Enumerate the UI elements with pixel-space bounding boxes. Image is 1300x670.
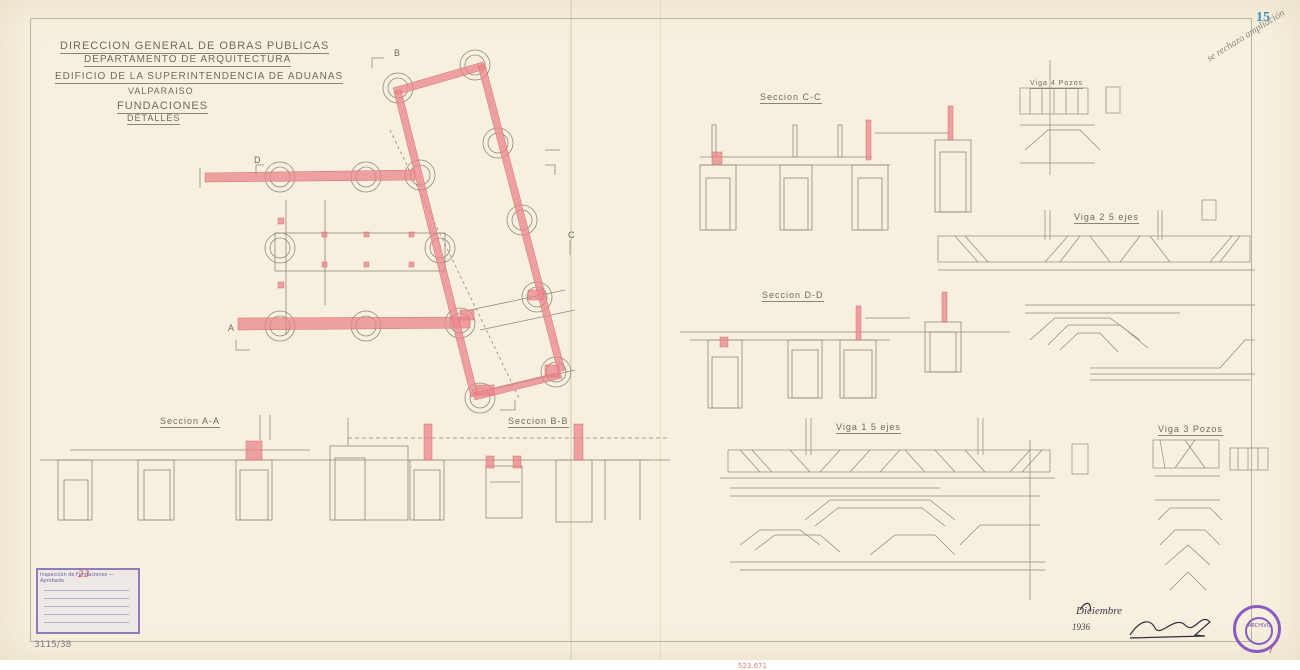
- viga-4-detail: [1020, 60, 1120, 175]
- corner-mark: 7: [1268, 646, 1273, 655]
- bottom-code: 523.671: [738, 662, 767, 670]
- drawing-linework: [0, 0, 1300, 660]
- section-cc: [700, 125, 971, 230]
- red-beams-plan: [205, 62, 565, 400]
- red-beams-dd: [720, 292, 947, 347]
- signature-name: Diciembre: [1076, 605, 1122, 617]
- signature-date: 1936: [1072, 622, 1090, 632]
- archive-seal: ARCHIVO: [1233, 605, 1281, 653]
- viga-2-detail: [938, 200, 1255, 380]
- drawing-sheet: DIRECCION GENERAL DE OBRAS PUBLICAS DEPA…: [0, 0, 1300, 660]
- red-beams-cc: [712, 106, 953, 164]
- stamp-code: 3115/38: [34, 640, 71, 650]
- stamp-handwritten: 23: [78, 570, 89, 580]
- section-dd: [680, 318, 1010, 408]
- red-beams-sections-ab: [246, 424, 583, 468]
- viga-3-detail: [1153, 440, 1268, 590]
- seal-text: ARCHIVO: [1248, 623, 1271, 629]
- viga-1-detail: [720, 418, 1088, 600]
- approval-stamp: Inspección de Fundaciones — Aprobado 23: [36, 568, 140, 634]
